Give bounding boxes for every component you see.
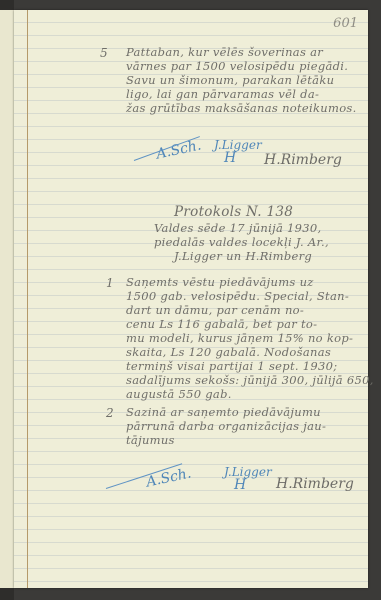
margin-rule: [27, 10, 28, 588]
item-2-line-3: tājumus: [126, 434, 175, 447]
protocol-line-1: Valdes sēde 17 jūnijā 1930,: [154, 222, 321, 235]
signature-2-bottom: J.Ligger: [224, 465, 272, 479]
item-5-line-2: vārnes par 1500 velosipēdu piegādi.: [126, 60, 348, 73]
item-number: 2: [106, 406, 114, 420]
item-5-line-4: ligo, lai gan pārvaramas vēl da-: [126, 88, 319, 101]
item-1-line-3: dart un dāmu, par cenām no-: [126, 304, 304, 317]
signature-3-top: H.Rimberg: [264, 152, 342, 168]
item-5-line-5: žas grūtības maksāšanas noteikumos.: [126, 102, 357, 115]
item-2-line-2: pārrunā darba organizācijas jau-: [126, 420, 326, 433]
signature-3-bottom: H.Rimberg: [276, 476, 354, 492]
item-number: 5: [100, 46, 108, 60]
protocol-line-2: piedalās valdes locekļi J. Ar.,: [154, 236, 329, 249]
item-1-line-2: 1500 gab. velosipēdu. Special, Stan-: [126, 290, 349, 303]
protocol-line-3: J.Ligger un H.Rimberg: [174, 250, 312, 263]
item-number: 1: [106, 276, 114, 290]
page-number: 601: [333, 16, 358, 31]
previous-page-edge: [0, 10, 14, 588]
signature-2-initials: H: [224, 150, 236, 166]
signature-2-initials: H: [234, 477, 246, 493]
item-5-line-3: Savu un šimonum, parakan lētāku: [126, 74, 334, 87]
item-1-line-1: Saņemts vēstu piedāvājums uz: [126, 276, 314, 289]
item-1-line-9: augustā 550 gab.: [126, 388, 232, 401]
protocol-title: Protokols N. 138: [174, 205, 293, 220]
signature-2-top: J.Ligger: [214, 138, 262, 152]
item-1-line-6: skaita, Ls 120 gabalā. Nodošanas: [126, 346, 331, 359]
item-1-line-4: cenu Ls 116 gabalā, bet par to-: [126, 318, 317, 331]
item-1-line-5: mu modeli, kurus jāņem 15% no kop-: [126, 332, 353, 345]
item-5-line-1: Pattaban, kur vēlēs šoverinas ar: [126, 46, 323, 59]
item-2-line-1: Sazinā ar saņemto piedāvājumu: [126, 406, 321, 419]
signature-1-bottom: A.Sch.: [145, 465, 193, 490]
ledger-page: 601 5 Pattaban, kur vēlēs šoverinas ar v…: [14, 10, 368, 588]
item-1-line-7: termiņš visai partijai 1 sept. 1930;: [126, 360, 337, 373]
item-1-line-8: sadalījums sekošs: jūnijā 300, jūlijā 65…: [126, 374, 374, 387]
